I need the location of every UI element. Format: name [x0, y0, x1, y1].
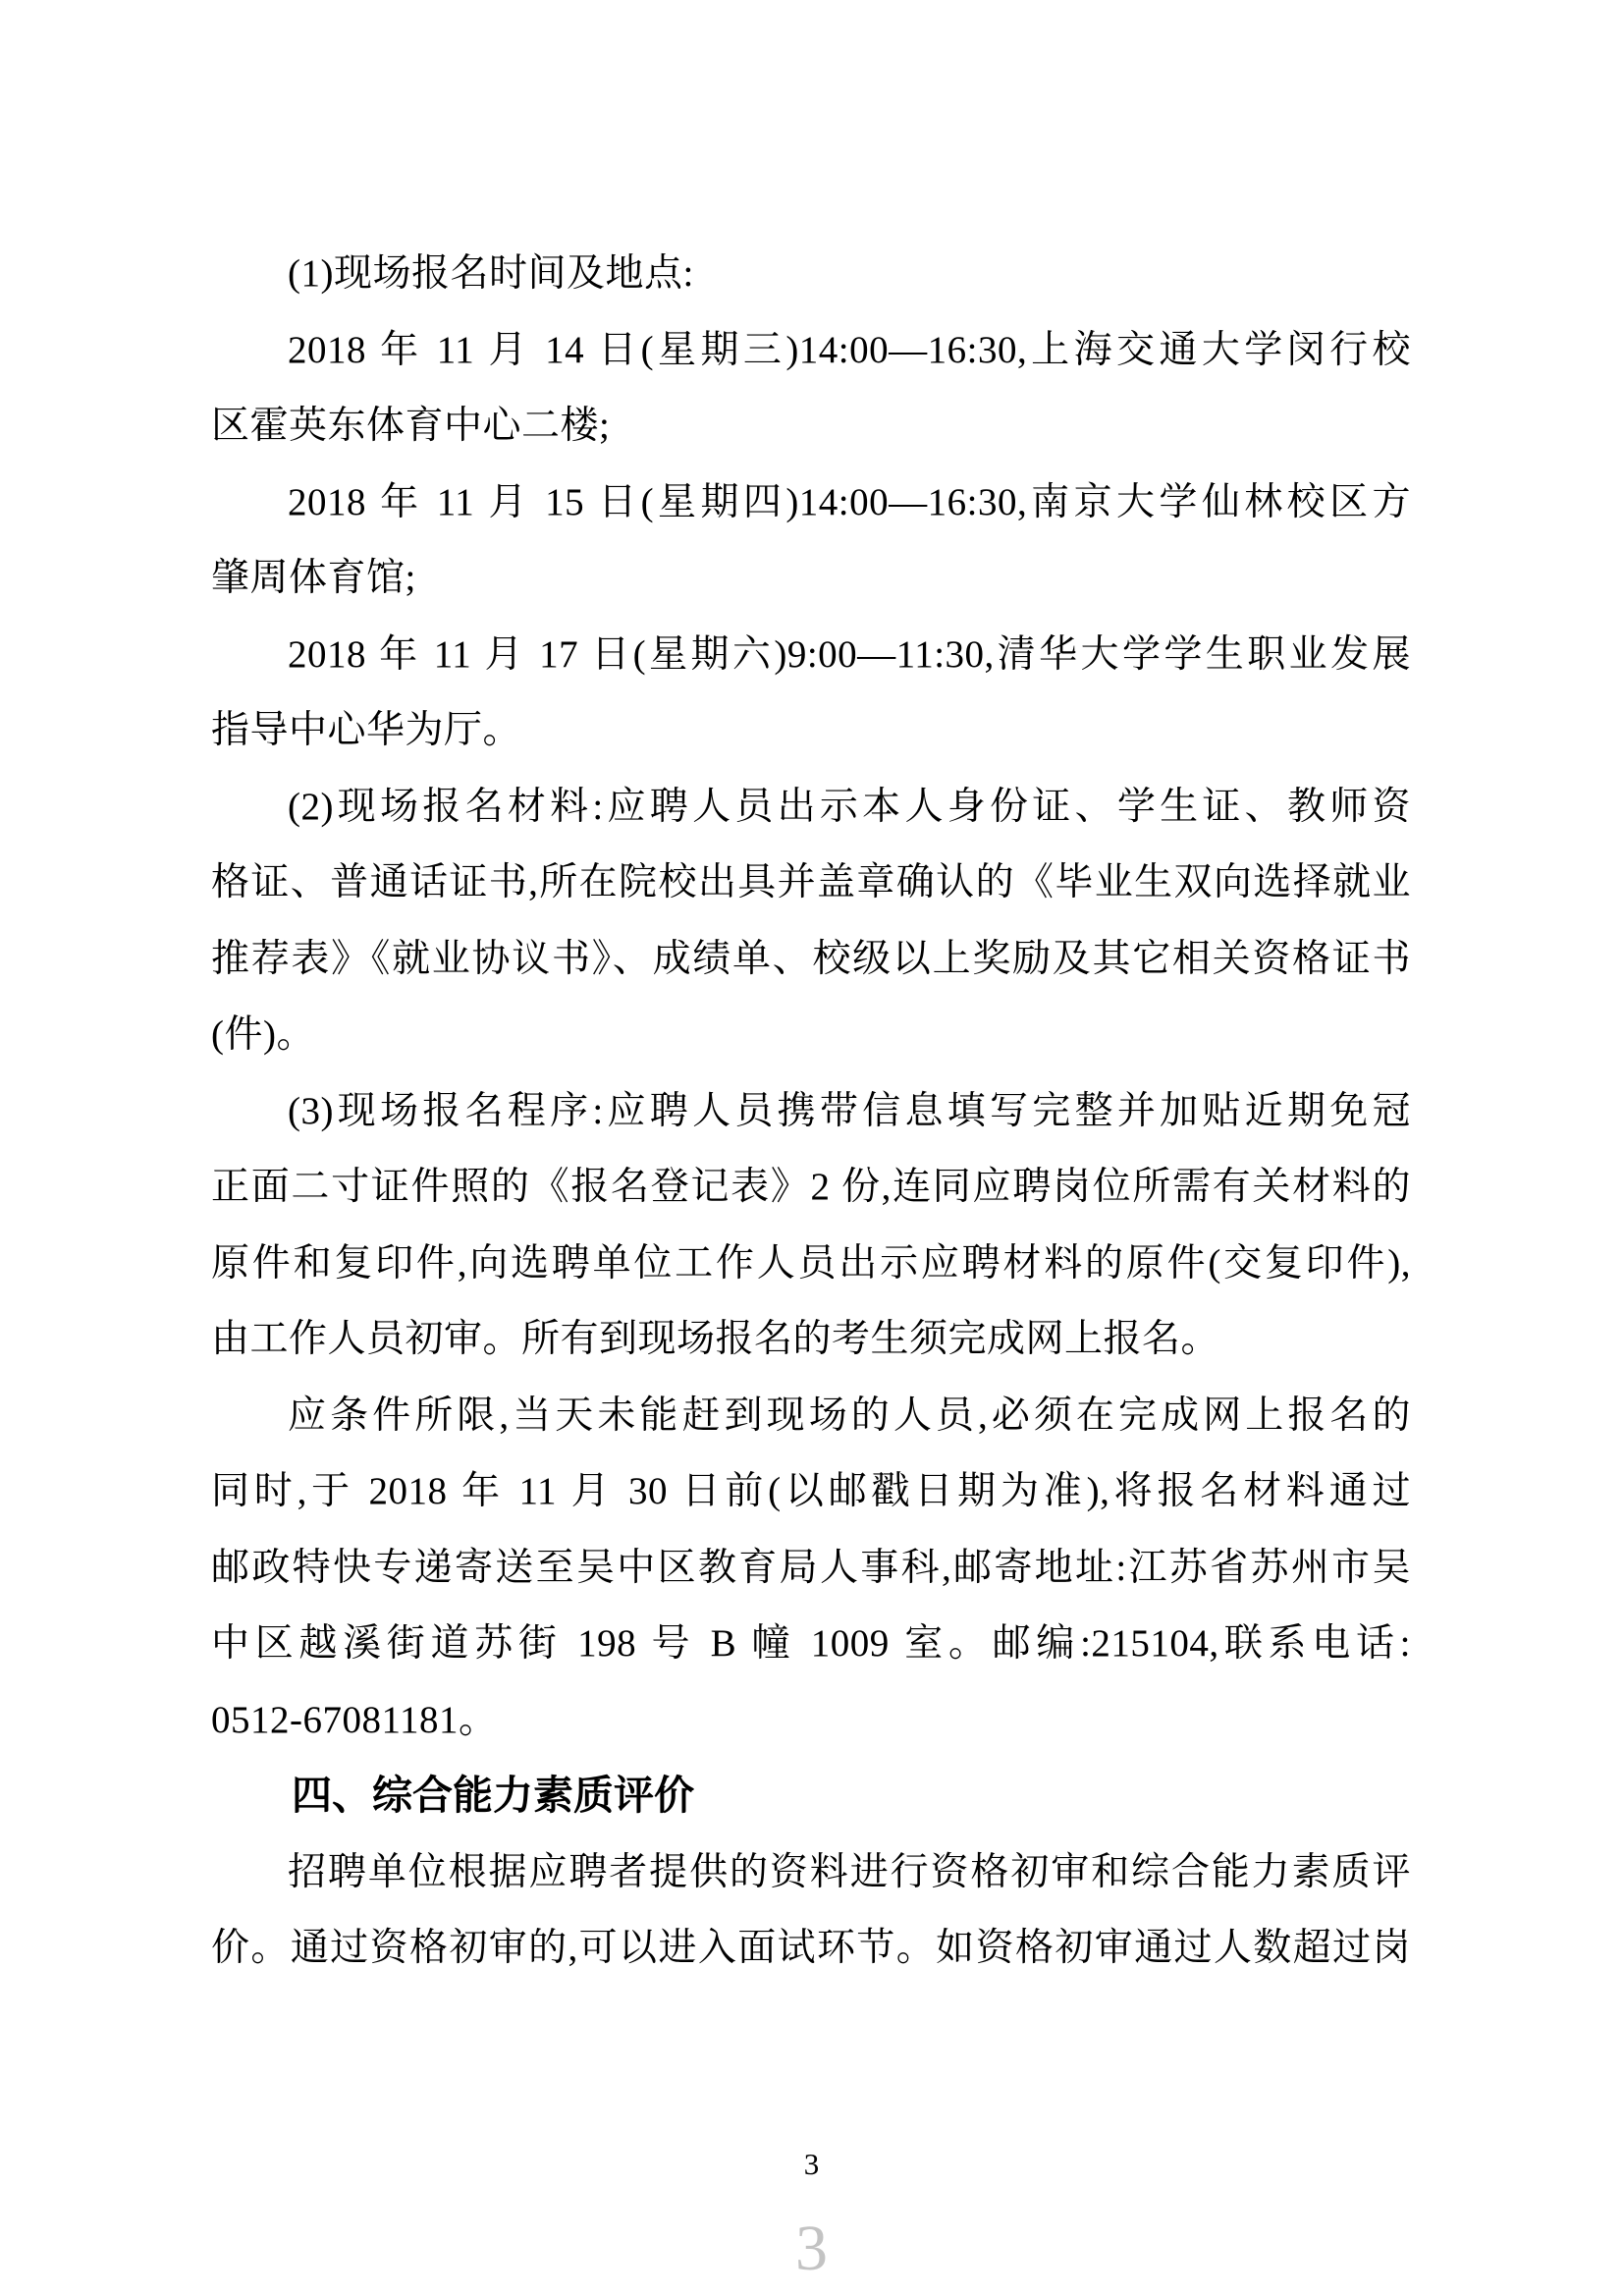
text-line: 推荐表》《就业协议书》、成绩单、校级以上奖励及其它相关资格证书 [211, 921, 1411, 998]
text-line: 肇周体育馆; [211, 540, 1411, 617]
text-line: 由工作人员初审。所有到现场报名的考生须完成网上报名。 [211, 1301, 1411, 1378]
section-heading: 四、综合能力素质评价 [211, 1758, 1411, 1834]
text-line: 格证、普通话证书,所在院校出具并盖章确认的《毕业生双向选择就业 [211, 845, 1411, 921]
text-line: 2018 年 11 月 14 日(星期三)14:00—16:30,上海交通大学闵… [211, 312, 1411, 389]
text-line: (件)。 [211, 997, 1411, 1073]
text-line: 原件和复印件,向选聘单位工作人员出示应聘材料的原件(交复印件), [211, 1226, 1411, 1302]
text-line: 区霍英东体育中心二楼; [211, 388, 1411, 465]
text-line: 0512-67081181。 [211, 1682, 1411, 1759]
text-line: 同时,于 2018 年 11 月 30 日前(以邮戳日期为准),将报名材料通过 [211, 1453, 1411, 1530]
text-line: 2018 年 11 月 15 日(星期四)14:00—16:30,南京大学仙林校… [211, 465, 1411, 541]
text-line: (1)现场报名时间及地点: [211, 236, 1411, 312]
text-line: 正面二寸证件照的《报名登记表》2 份,连同应聘岗位所需有关材料的 [211, 1149, 1411, 1226]
text-line: 邮政特快专递寄送至吴中区教育局人事科,邮寄地址:江苏省苏州市吴 [211, 1530, 1411, 1607]
text-line: 中区越溪街道苏街 198 号 B 幢 1009 室。邮编:215104,联系电话… [211, 1606, 1411, 1682]
text-line: (2)现场报名材料:应聘人员出示本人身份证、学生证、教师资 [211, 769, 1411, 846]
page-number-watermark: 3 [0, 2212, 1623, 2286]
text-line: 价。通过资格初审的,可以进入面试环节。如资格初审通过人数超过岗 [211, 1910, 1411, 1987]
text-line: (3)现场报名程序:应聘人员携带信息填写完整并加贴近期免冠 [211, 1073, 1411, 1150]
text-line: 应条件所限,当天未能赶到现场的人员,必须在完成网上报名的 [211, 1378, 1411, 1454]
document-body: (1)现场报名时间及地点:2018 年 11 月 14 日(星期三)14:00—… [211, 236, 1411, 1987]
text-line: 指导中心华为厅。 [211, 692, 1411, 769]
text-line: 招聘单位根据应聘者提供的资料进行资格初审和综合能力素质评 [211, 1834, 1411, 1911]
document-page: (1)现场报名时间及地点:2018 年 11 月 14 日(星期三)14:00—… [0, 0, 1623, 2296]
text-line: 2018 年 11 月 17 日(星期六)9:00—11:30,清华大学学生职业… [211, 617, 1411, 693]
page-number: 3 [0, 2147, 1623, 2182]
